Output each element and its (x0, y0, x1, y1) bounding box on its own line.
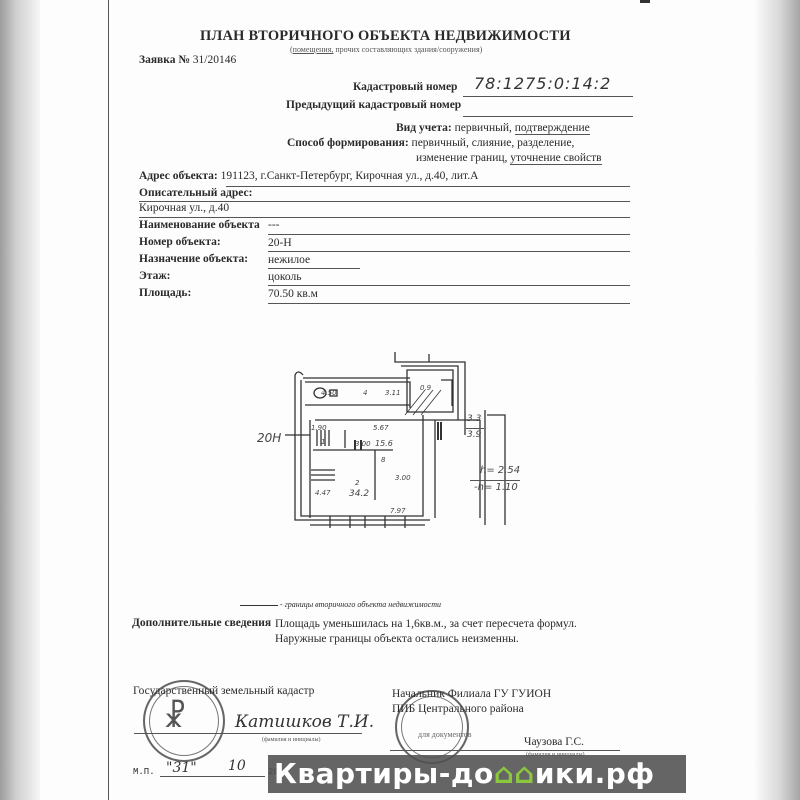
right-stamp-text: для документов (418, 730, 472, 739)
prev-cadastral-underline (463, 116, 633, 117)
object-number-label: Номер объекта: (139, 236, 221, 248)
additional-info-line1: Площадь уменьшилась на 1,6кв.м., за счет… (275, 618, 577, 630)
left-signature: Катишков Т.И. (235, 712, 374, 732)
prev-cadastral-label: Предыдущий кадастровый номер (286, 99, 461, 111)
plan-room-num: 8 (381, 456, 386, 464)
scan-shadow-right (755, 0, 800, 800)
accounting-type: Вид учета: первичный, подтверждение (396, 122, 590, 134)
object-name-value: --- (268, 219, 280, 231)
address-row: Адрес объекта: 191123, г.Санкт-Петербург… (139, 170, 478, 182)
right-org-line1: Начальник Филиала ГУ ГУИОН (392, 688, 551, 700)
floor-label: Этаж: (139, 270, 171, 282)
accounting-type-label: Вид учета: (396, 122, 452, 134)
subtitle-underlined: помещения, (293, 45, 334, 54)
additional-info-line2: Наружные границы объекта остались неизме… (275, 633, 519, 645)
legend-line (240, 605, 278, 606)
cadastral-number-label: Кадастровый номер (353, 81, 457, 93)
plan-dim: 3.00 (355, 440, 371, 448)
page-edge-line (108, 0, 109, 800)
formation-method-plain: изменение границ, (416, 152, 510, 164)
address-underline (226, 186, 630, 187)
legend-text: - границы вторичного объекта недвижимост… (280, 600, 441, 609)
formation-method: Способ формирования: первичный, слияние,… (287, 137, 574, 149)
accounting-type-selected: подтверждение (515, 122, 590, 135)
floor-plan: 20Н 4.50 4 3.11 0.9 1.90 1 5.67 3.00 15.… (255, 350, 515, 530)
descr-address-underline (139, 217, 630, 218)
floor-value: цоколь (268, 271, 302, 283)
plan-height: h= 2.54 (480, 465, 520, 476)
left-org-name: Государственный земельный кадастр (133, 685, 314, 697)
plan-room-area: 0.9 (420, 384, 432, 392)
descr-address-value: Кирочная ул., д.40 (139, 202, 229, 214)
accounting-type-plain: первичный, (455, 122, 515, 134)
left-signature-caption: (фамилия и инициалы) (262, 737, 321, 743)
object-purpose-value: нежилое (268, 254, 310, 266)
plan-object-tag: 20Н (257, 431, 281, 445)
plan-room-area: 34.2 (349, 489, 369, 499)
plan-dim: 3.11 (385, 389, 401, 397)
object-number-value: 20-Н (268, 237, 292, 249)
right-name: Чаузова Г.С. (524, 736, 584, 748)
document-title: ПЛАН ВТОРИЧНОГО ОБЪЕКТА НЕДВИЖИМОСТИ (200, 28, 571, 45)
plan-depth: -h= 1.10 (474, 482, 518, 493)
formation-method-line2: изменение границ, уточнение свойств (416, 152, 602, 164)
plan-room-area: 15.6 (375, 439, 393, 448)
left-mp: М.П. (133, 767, 155, 777)
plan-room-num: 1 (321, 438, 325, 446)
document-subtitle: (помещения, прочих составляющих здания/с… (290, 45, 482, 54)
plan-side-fraction-line (466, 428, 484, 429)
request-number: Заявка № 31/20146 (139, 54, 236, 66)
plan-room-num: 4 (363, 389, 367, 397)
corner-mark (640, 0, 650, 3)
area-underline (268, 303, 630, 304)
plan-height-line (470, 480, 520, 481)
left-date-month: 10 (228, 758, 246, 774)
plan-side-value-2: 3.9 (467, 430, 481, 440)
address-label: Адрес объекта: (139, 170, 218, 182)
left-signature-line (134, 733, 362, 734)
eagle-emblem-icon: ☧ (163, 700, 187, 735)
object-purpose-label: Назначение объекта: (139, 253, 248, 265)
plan-dim: 7.97 (390, 507, 406, 515)
address-value: 191123, г.Санкт-Петербург, Кирочная ул.,… (221, 170, 479, 182)
descr-address-label: Описательный адрес: (139, 187, 252, 199)
plan-dim: 4.47 (315, 489, 331, 497)
plan-room-num: 2 (355, 479, 360, 487)
request-value: 31/20146 (193, 54, 236, 66)
watermark-text-end: ики.рф (535, 757, 655, 790)
plan-dim: 1.90 (311, 424, 327, 432)
right-signature-line (390, 750, 620, 751)
watermark-text-start: Квартиры-до (274, 757, 494, 790)
area-value: 70.50 кв.м (268, 288, 318, 300)
subtitle-rest: прочих составляющих здания/сооружения) (333, 45, 482, 54)
cadastral-number-value: 78:1275:0:14:2 (474, 74, 611, 93)
right-org-line2: ПИБ Центрального района (392, 703, 524, 715)
scan-shadow-left (0, 0, 40, 800)
left-date-line (160, 776, 265, 777)
formation-method-label: Способ формирования: (287, 137, 409, 149)
additional-info-label: Дополнительные сведения (132, 617, 271, 629)
object-name-label: Наименование объекта (139, 219, 260, 231)
plan-side-value-1: 3.3 (467, 414, 481, 424)
plan-dim: 5.67 (373, 424, 389, 432)
left-date-day: "31" (166, 760, 197, 776)
object-purpose-underline (268, 268, 360, 269)
cadastral-number-underline (463, 96, 633, 97)
object-number-underline (268, 251, 630, 252)
formation-method-line1: первичный, слияние, разделение, (412, 137, 575, 149)
plan-dim: 4.50 (321, 389, 337, 397)
plan-dim: 3.00 (395, 474, 411, 482)
object-name-underline (268, 234, 630, 235)
office-stamp (395, 690, 469, 764)
floor-underline (268, 285, 630, 286)
request-label: Заявка № (139, 54, 190, 66)
formation-method-selected: уточнение свойств (510, 152, 601, 165)
watermark-banner: Квартиры-до⌂⌂ики.рф (268, 755, 686, 793)
area-label: Площадь: (139, 287, 191, 299)
house-logo-icon: ⌂⌂ (494, 757, 535, 790)
